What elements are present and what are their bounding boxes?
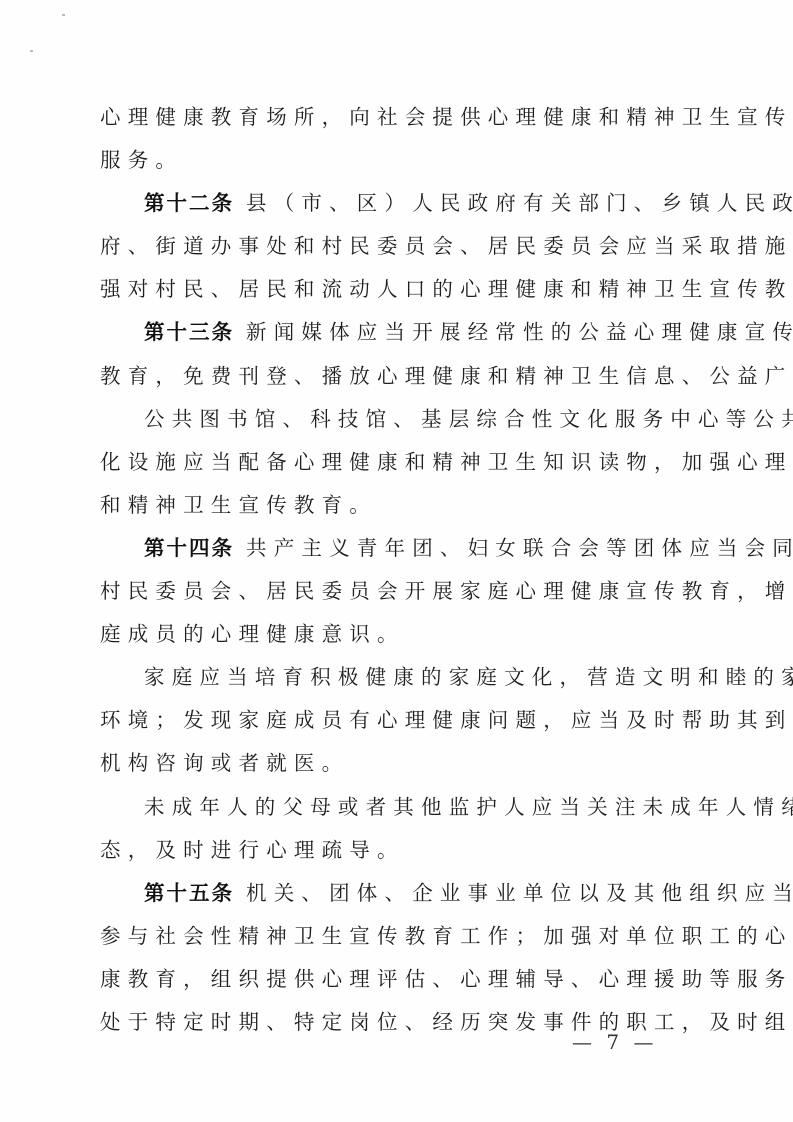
text-line: 康教育，组织提供心理评估、心理辅导、心理援助等服务；对 [100,958,696,1001]
text-line: 机构咨询或者就医。 [100,742,696,785]
text-line: 教育，免费刊登、播放心理健康和精神卫生信息、公益广告。 [100,355,696,398]
text-line: 态，及时进行心理疏导。 [100,829,696,872]
text-line: 新闻媒体应当开展经常性的公益心理健康宣传 [246,320,793,344]
text-line: 环境；发现家庭成员有心理健康问题，应当及时帮助其到专业 [100,699,696,742]
scan-speck [62,14,65,16]
text-line: 府、街道办事处和村民委员会、居民委员会应当采取措施，加 [100,225,696,268]
page-number: — 7 — [572,1030,657,1054]
article-14-first-line: 第十四条共产主义青年团、妇女联合会等团体应当会同 [100,527,696,570]
text-line: 公共图书馆、科技馆、基层综合性文化服务中心等公共文 [100,398,696,441]
document-page: 心理健康教育场所，向社会提供心理健康和精神卫生宣传教育 服务。 第十二条县（市、… [0,0,793,1122]
article-15-first-line: 第十五条机关、团体、企业事业单位以及其他组织应当 [100,872,696,915]
text-line: 村民委员会、居民委员会开展家庭心理健康宣传教育，增强家 [100,570,696,613]
text-line: 强对村民、居民和流动人口的心理健康和精神卫生宣传教育。 [100,268,696,311]
text-line: 未成年人的父母或者其他监护人应当关注未成年人情绪状 [100,786,696,829]
text-line: 参与社会性精神卫生宣传教育工作；加强对单位职工的心理健 [100,915,696,958]
text-line: 县（市、区）人民政府有关部门、乡镇人民政 [246,191,793,215]
article-number: 第十三条 [144,320,234,344]
body-text: 心理健康教育场所，向社会提供心理健康和精神卫生宣传教育 服务。 第十二条县（市、… [100,96,696,1044]
scan-speck [30,50,33,52]
text-line: 机关、团体、企业事业单位以及其他组织应当 [246,881,793,905]
text-line: 化设施应当配备心理健康和精神卫生知识读物，加强心理健康 [100,441,696,484]
article-12-first-line: 第十二条县（市、区）人民政府有关部门、乡镇人民政 [100,182,696,225]
text-line: 和精神卫生宣传教育。 [100,484,696,527]
article-number: 第十五条 [144,881,234,905]
article-number: 第十二条 [144,191,234,215]
text-line: 心理健康教育场所，向社会提供心理健康和精神卫生宣传教育 [100,96,696,139]
text-line: 共产主义青年团、妇女联合会等团体应当会同 [246,536,793,560]
text-line: 庭成员的心理健康意识。 [100,613,696,656]
text-line: 家庭应当培育积极健康的家庭文化，营造文明和睦的家庭 [100,656,696,699]
article-number: 第十四条 [144,536,234,560]
text-line: 服务。 [100,139,696,182]
article-13-first-line: 第十三条新闻媒体应当开展经常性的公益心理健康宣传 [100,311,696,354]
